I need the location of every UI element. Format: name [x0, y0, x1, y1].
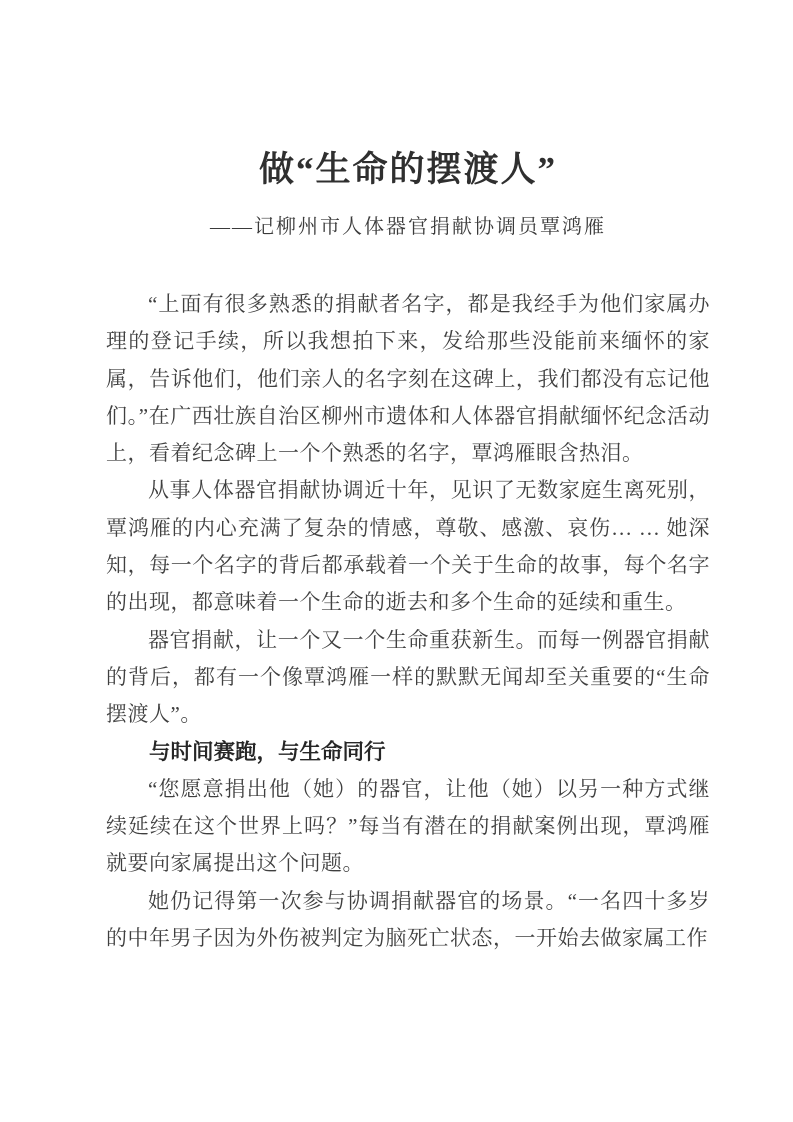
article-content: 做“生命的摆渡人” ——记柳州市人体器官捐献协调员覃鸿雁 “上面有很多熟悉的捐献…: [106, 0, 710, 957]
section-heading: 与时间赛跑，与生命同行: [106, 734, 710, 771]
paragraph-3: 器官捐献，让一个又一个生命重获新生。而每一例器官捐献的背后，都有一个像覃鸿雁一样…: [106, 622, 710, 734]
paragraph-2: 从事人体器官捐献协调近十年，见识了无数家庭生离死别，覃鸿雁的内心充满了复杂的情感…: [106, 472, 710, 621]
paragraph-5: 她仍记得第一次参与协调捐献器官的场景。“一名四十多岁的中年男子因为外伤被判定为脑…: [106, 883, 710, 958]
article-body: “上面有很多熟悉的捐献者名字，都是我经手为他们家属办理的登记手续，所以我想拍下来…: [106, 286, 710, 957]
paragraph-1: “上面有很多熟悉的捐献者名字，都是我经手为他们家属办理的登记手续，所以我想拍下来…: [106, 286, 710, 472]
article-subtitle: ——记柳州市人体器官捐献协调员覃鸿雁: [106, 212, 710, 242]
page-title: 做“生命的摆渡人”: [106, 146, 710, 194]
document-page: 做“生命的摆渡人” ——记柳州市人体器官捐献协调员覃鸿雁 “上面有很多熟悉的捐献…: [0, 0, 793, 1122]
paragraph-4: “您愿意捐出他（她）的器官，让他（她）以另一种方式继续延续在这个世界上吗？”每当…: [106, 771, 710, 883]
